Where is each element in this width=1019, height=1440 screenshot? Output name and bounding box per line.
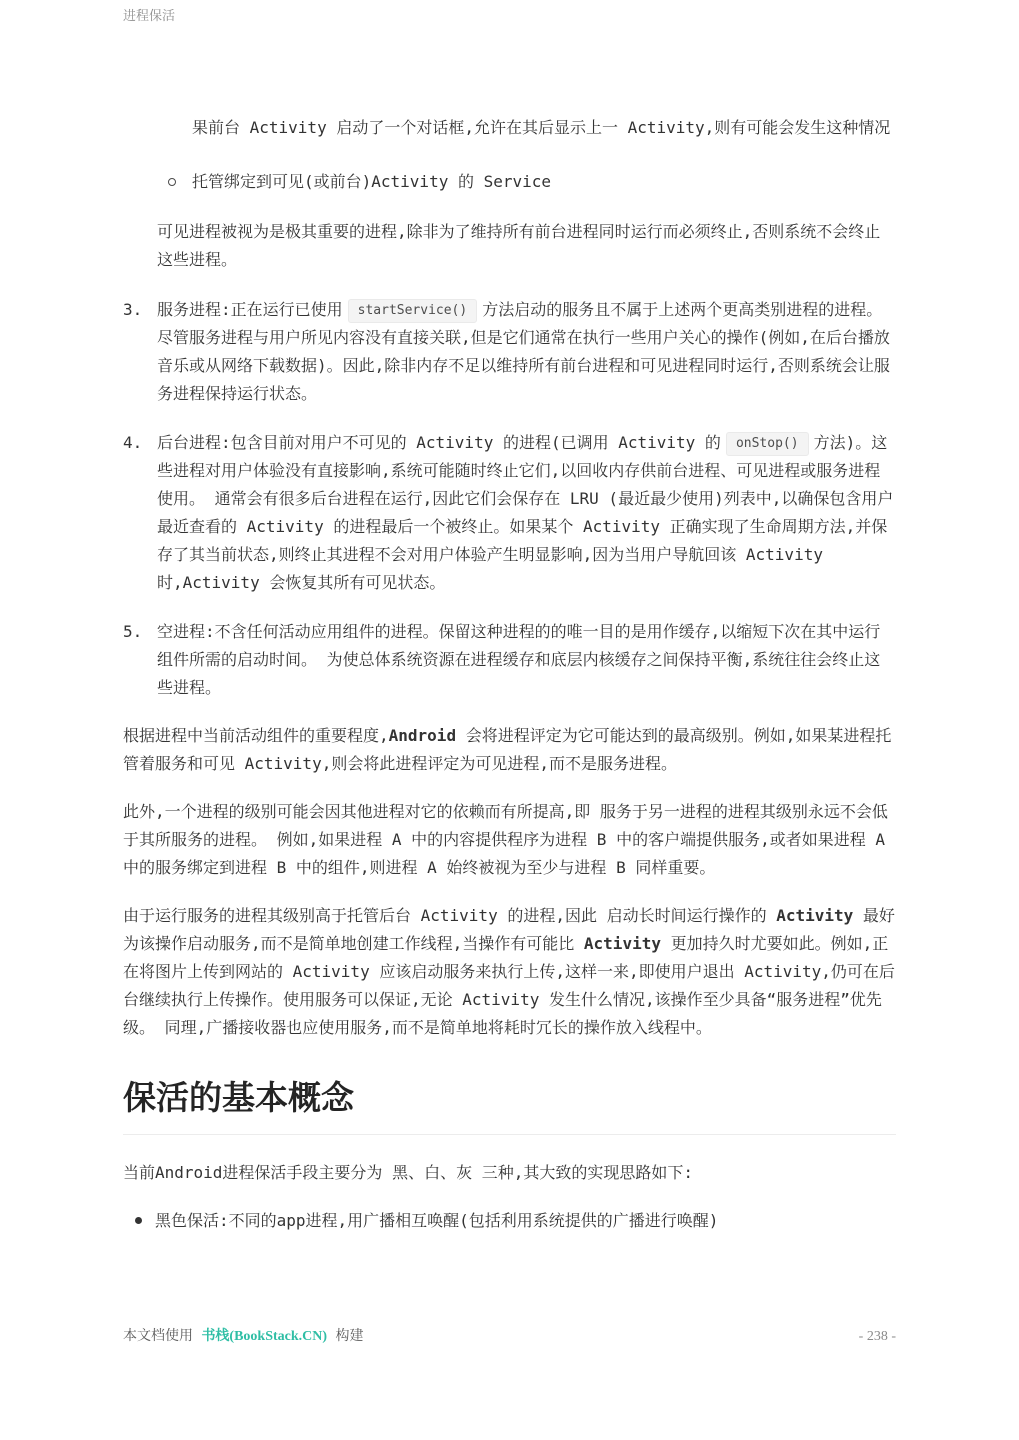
page-number: - 238 - (859, 1327, 896, 1347)
ordered-list-item-empty-process: 5. 空进程:不含任何活动应用组件的进程。保留这种进程的的唯一目的是用作缓存,以… (123, 618, 896, 702)
list-item-text: 服务进程:正在运行已使用startService()方法启动的服务且不属于上述两… (157, 296, 896, 408)
footer-text-prefix: 本文档使用 (123, 1328, 201, 1344)
list-number: 4. (123, 429, 157, 597)
list-item-text: 黑色保活:不同的app进程,用广播相互唤醒(包括利用系统提供的广播进行唤醒) (155, 1207, 718, 1235)
ordered-list: 3. 服务进程:正在运行已使用startService()方法启动的服务且不属于… (123, 296, 896, 702)
footer-build-note: 本文档使用 书栈(BookStack.CN) 构建 (123, 1326, 364, 1347)
paragraph-keepalive-intro: 当前Android进程保活手段主要分为 黑、白、灰 三种,其大致的实现思路如下: (123, 1159, 896, 1187)
nested-list-item-text: 托管绑定到可见(或前台)Activity 的 Service (192, 168, 551, 196)
paragraph-process-rating: 根据进程中当前活动组件的重要程度,Android 会将进程评定为它可能达到的最高… (123, 722, 896, 778)
hollow-bullet-icon (168, 178, 176, 186)
bookstack-brand-link[interactable]: 书栈(BookStack.CN) (201, 1329, 327, 1344)
list-number: 3. (123, 296, 157, 408)
paragraph-process-dependency: 此外,一个进程的级别可能会因其他进程对它的依赖而有所提高,即 服务于另一进程的进… (123, 798, 896, 882)
footer-text-suffix: 构建 (327, 1328, 363, 1344)
list-number: 5. (123, 618, 157, 702)
list-item-text: 后台进程:包含目前对用户不可见的 Activity 的进程(已调用 Activi… (157, 429, 896, 597)
paragraph-visible-process-note: 可见进程被视为是极其重要的进程,除非为了维持所有前台进程同时运行而必须终止,否则… (157, 218, 896, 274)
disc-bullet-icon (135, 1217, 142, 1224)
ordered-list-item-service-process: 3. 服务进程:正在运行已使用startService()方法启动的服务且不属于… (123, 296, 896, 408)
list-item-text: 空进程:不含任何活动应用组件的进程。保留这种进程的的唯一目的是用作缓存,以缩短下… (157, 618, 896, 702)
bullet-list-item-black-keepalive: 黑色保活:不同的app进程,用广播相互唤醒(包括利用系统提供的广播进行唤醒) (135, 1207, 896, 1235)
document-page: 进程保活 果前台 Activity 启动了一个对话框,允许在其后显示上一 Act… (0, 0, 1019, 1235)
nested-list-item: 托管绑定到可见(或前台)Activity 的 Service (168, 168, 896, 196)
ordered-list-item-background-process: 4. 后台进程:包含目前对用户不可见的 Activity 的进程(已调用 Act… (123, 429, 896, 597)
page-header-title: 进程保活 (123, 8, 896, 26)
paragraph-service-priority: 由于运行服务的进程其级别高于托管后台 Activity 的进程,因此 启动长时间… (123, 902, 896, 1042)
page-footer: 本文档使用 书栈(BookStack.CN) 构建 - 238 - (123, 1326, 896, 1347)
section-heading: 保活的基本概念 (123, 1078, 896, 1135)
paragraph-continuation: 果前台 Activity 启动了一个对话框,允许在其后显示上一 Activity… (192, 114, 896, 142)
document-body: 果前台 Activity 启动了一个对话框,允许在其后显示上一 Activity… (123, 114, 896, 1235)
